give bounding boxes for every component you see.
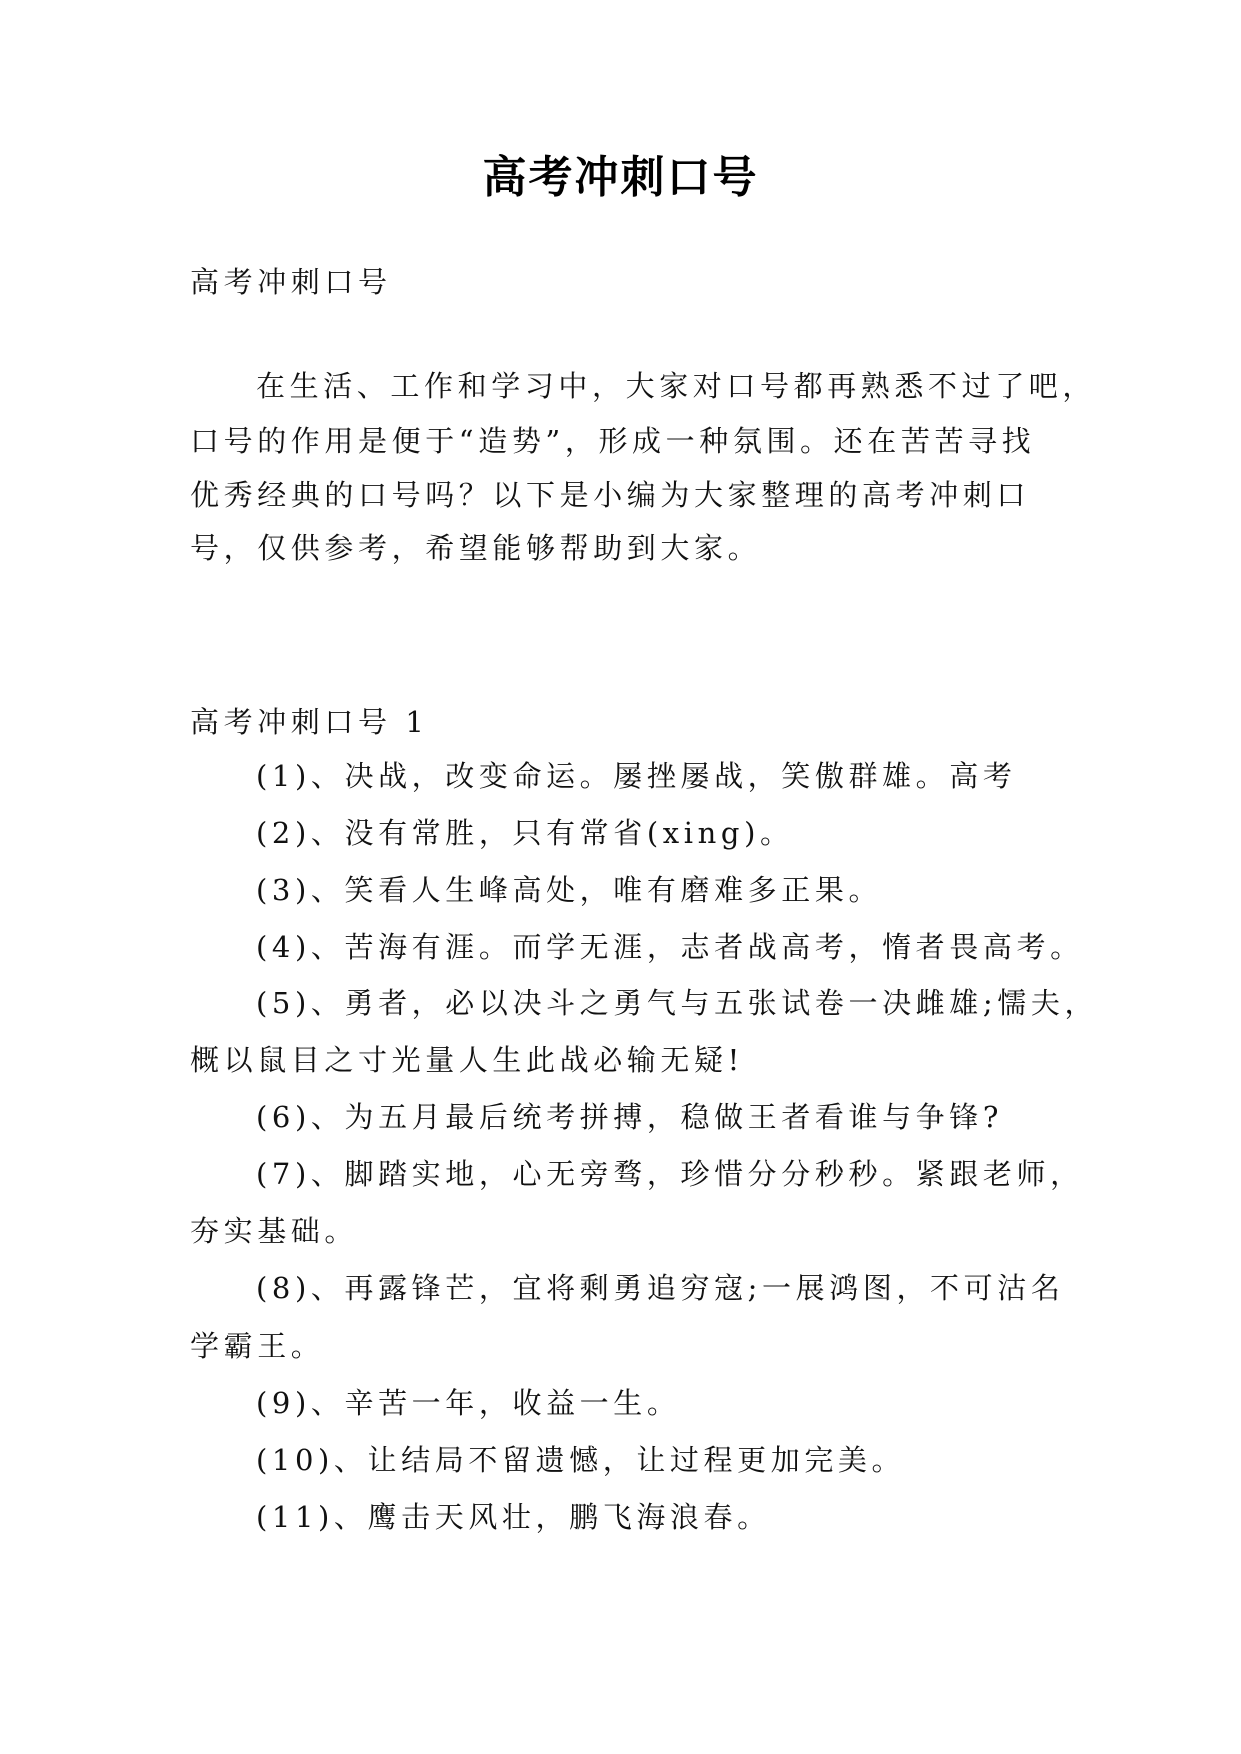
intro-line: 号，仅供参考，希望能够帮助到大家。 [190,528,761,568]
list-item: (3)、笑看人生峰高处，唯有磨难多正果。 [256,870,882,910]
list-item: (4)、苦海有涯。而学无涯，志者战高考，惰者畏高考。 [256,927,1084,967]
intro-line: 优秀经典的口号吗？以下是小编为大家整理的高考冲刺口 [190,475,1030,515]
document-page: 高考冲刺口号 高考冲刺口号 在生活、工作和学习中，大家对口号都再熟悉不过了吧， … [0,0,1241,1754]
list-item: (6)、为五月最后统考拼搏，稳做王者看谁与争锋? [256,1097,1003,1137]
list-item: (9)、辛苦一年，收益一生。 [256,1383,680,1423]
document-title: 高考冲刺口号 [0,148,1241,208]
list-item: (11)、鹰击天风壮，鹏飞海浪春。 [256,1497,771,1537]
intro-line: 口号的作用是便于“造势”，形成一种氛围。还在苦苦寻找 [190,421,1035,461]
list-item: (10)、让结局不留遗憾，让过程更加完美。 [256,1440,905,1480]
section-heading: 高考冲刺口号 1 [190,702,428,742]
list-item-continuation: 概以鼠目之寸光量人生此战必输无疑! [190,1040,744,1080]
list-item: (8)、再露锋芒，宜将剩勇追穷寇;一展鸿图，不可沽名 [256,1268,1064,1308]
list-item-continuation: 学霸王。 [190,1326,324,1366]
list-item: (1)、决战，改变命运。屡挫屡战，笑傲群雄。高考 [256,756,1016,796]
list-item: (5)、勇者，必以决斗之勇气与五张试卷一决雌雄;懦夫， [256,983,1098,1023]
intro-line: 在生活、工作和学习中，大家对口号都再熟悉不过了吧， [256,366,1096,406]
list-item-continuation: 夯实基础。 [190,1211,358,1251]
list-item: (2)、没有常胜，只有常省(xing)。 [256,813,794,853]
list-item: (7)、脚踏实地，心无旁骛，珍惜分分秒秒。紧跟老师， [256,1154,1084,1194]
document-subtitle: 高考冲刺口号 [190,262,392,302]
